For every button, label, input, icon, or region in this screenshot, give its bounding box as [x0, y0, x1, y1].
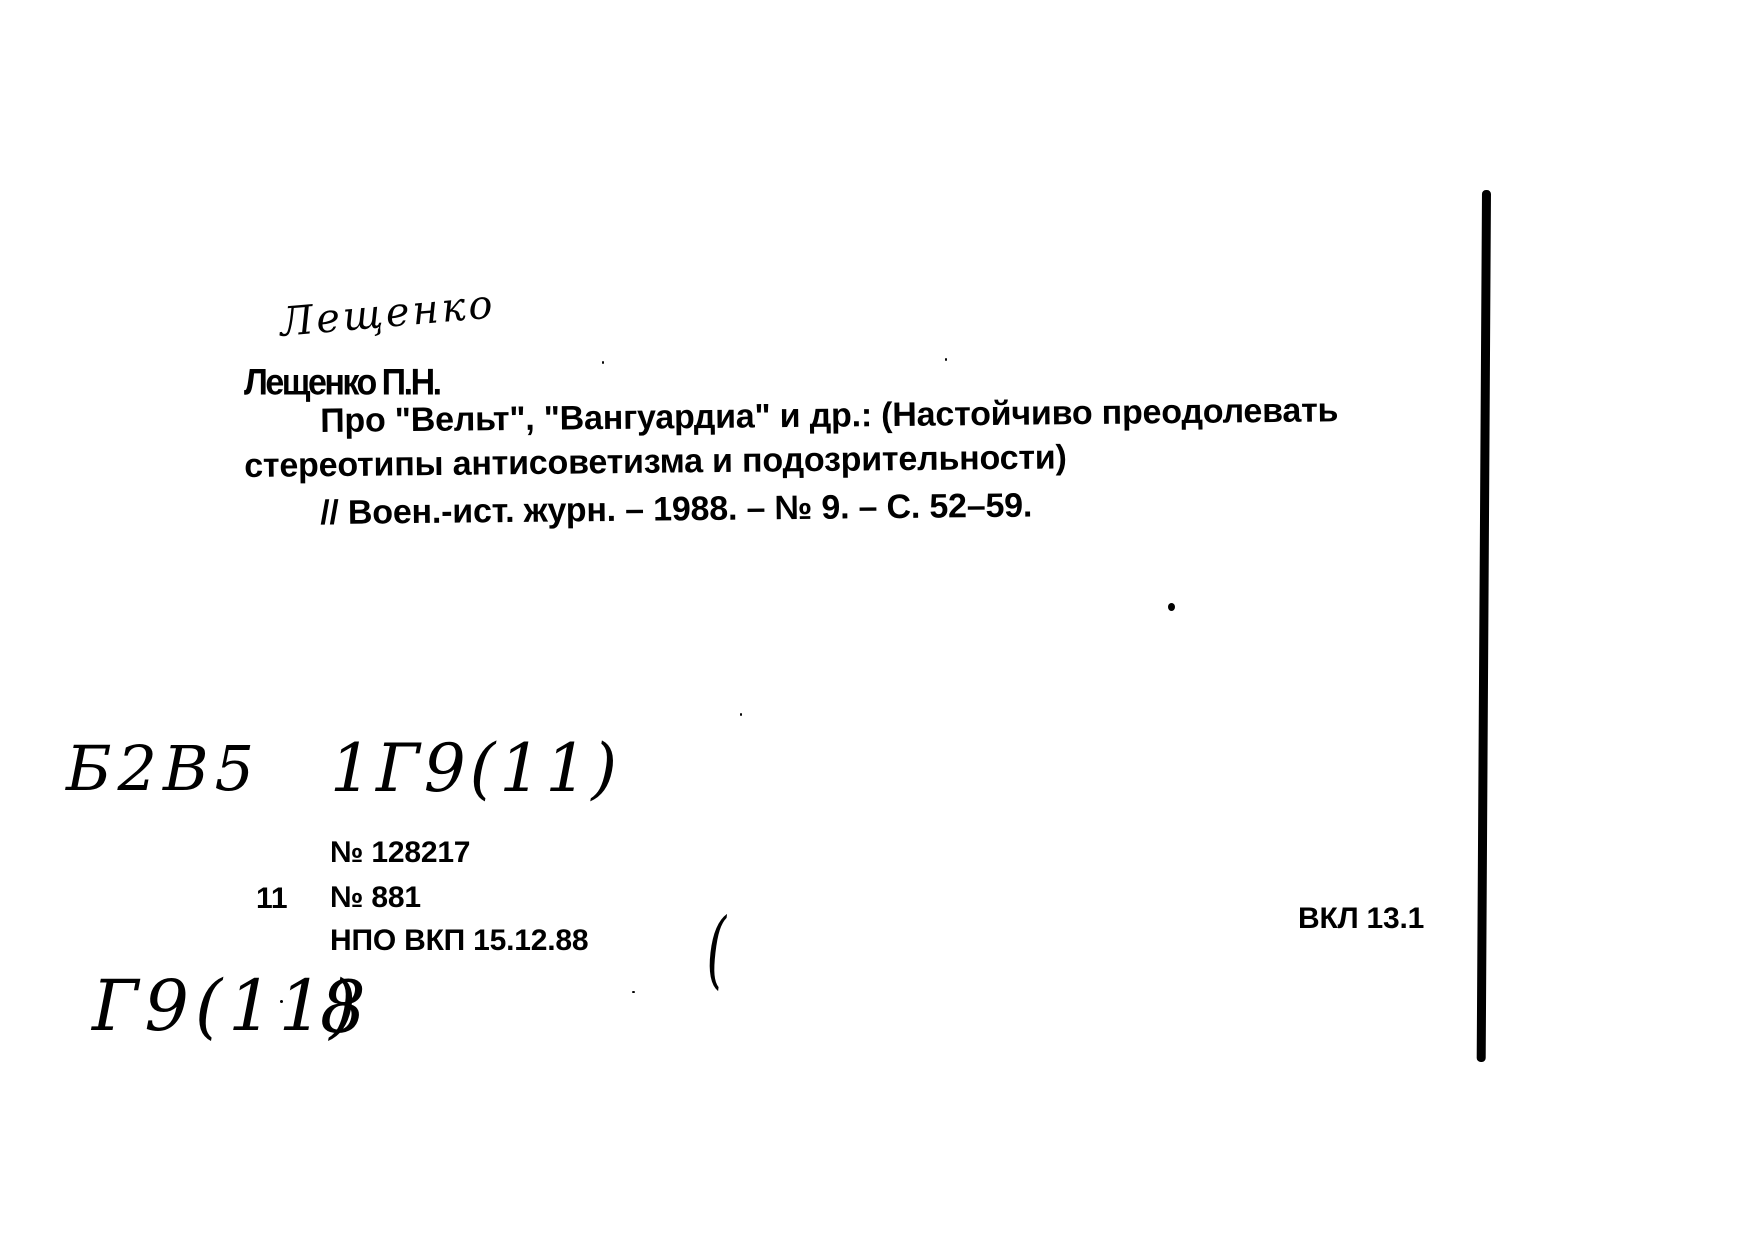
ink-speck — [602, 361, 604, 364]
title-line-2: стереотипы антисоветизма и подозрительно… — [244, 438, 1067, 486]
ink-speck — [632, 991, 635, 993]
ink-speck — [740, 713, 742, 716]
handwritten-mark: 8 — [320, 965, 366, 1049]
handwritten-class-code: 1Г9(11) — [330, 730, 621, 807]
handwritten-shelf-code: Б2В5 — [66, 732, 260, 805]
title-line-1: Про "Вельт", "Вангуардиа" и др.: (Настой… — [320, 391, 1338, 441]
bracket-mark: ( — [707, 900, 727, 998]
accession-number: № 128217 — [330, 836, 470, 870]
publisher-date: НПО ВКП 15.12.88 — [330, 924, 588, 958]
author-name: Лещенко П.Н. — [244, 362, 440, 404]
classification-code: ВКЛ 13.1 — [1298, 902, 1424, 936]
ink-speck — [280, 1000, 283, 1003]
handwritten-surname: Лещенко — [278, 281, 497, 346]
card-number: № 881 — [330, 881, 421, 915]
card-edge-rule — [1477, 190, 1491, 1062]
ink-speck — [1168, 603, 1175, 611]
small-number: 11 — [256, 882, 287, 916]
source-citation: // Воен.-ист. журн. – 1988. – № 9. – С. … — [320, 487, 1032, 533]
ink-speck — [945, 358, 947, 361]
